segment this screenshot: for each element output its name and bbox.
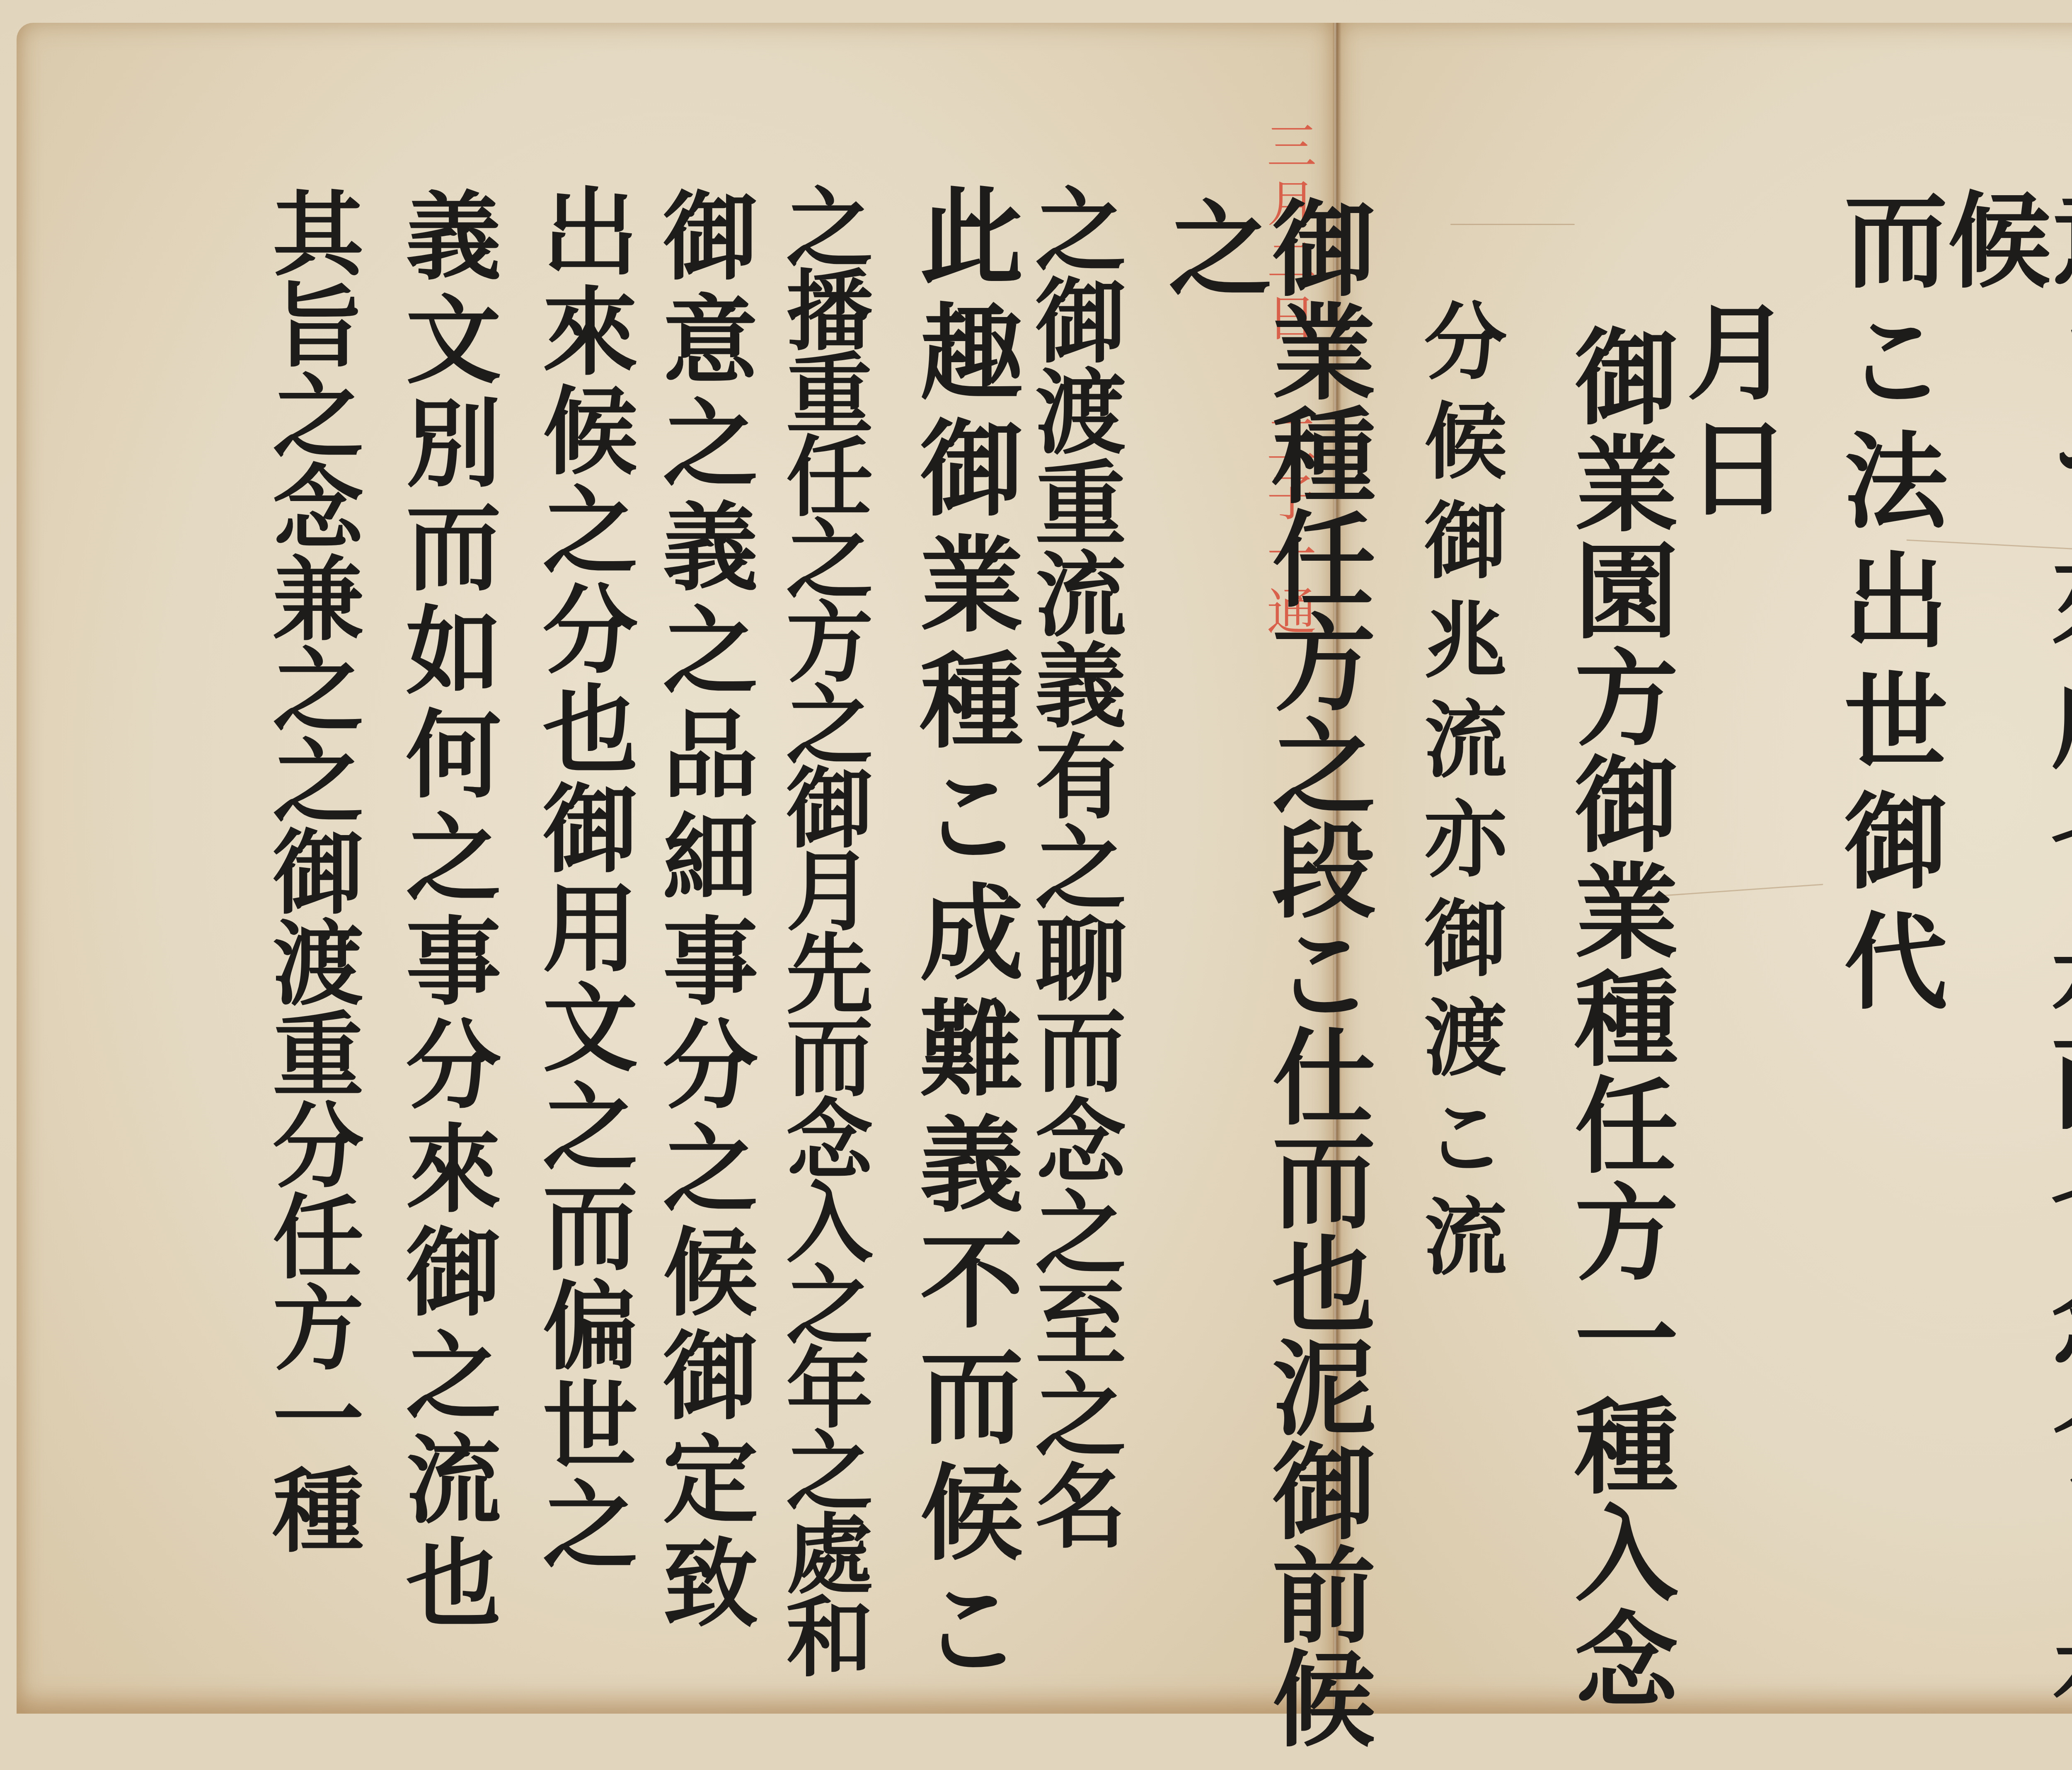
right-col-date-day: 日	[1678, 414, 1782, 530]
left-col-4: 之播重任之方之御月先而念入之年之處和	[779, 182, 866, 1674]
left-col-5: 御意之義之品細事分之候御定致	[655, 186, 750, 1637]
right-col-date-month: 月	[1678, 298, 1782, 414]
paper-fiber	[1450, 224, 1575, 225]
right-col-5: 而こ法出世御代	[1836, 186, 1939, 1028]
right-col-8: 御業園方御業種任方一種入念	[1566, 323, 1670, 1713]
right-col-9: 分候御兆流亦御渡こ流	[1417, 298, 1500, 1293]
right-col-4: 意もて來成也是而也念食こ存候	[1939, 186, 2072, 1770]
left-col-8: 其旨之念兼之之御渡重分任方一種	[265, 186, 356, 1554]
left-col-3: 此趣御業種こ成難義不而候こ	[912, 182, 1015, 1691]
left-col-7: 義文別而如何之事分來御之流也	[398, 186, 493, 1637]
left-col-1: 御業種任方之段こ仕而也泥御前候之	[1160, 195, 1368, 1770]
left-col-6: 出來候之分也御用文之而偏世之	[535, 182, 630, 1575]
left-col-2: 之御渡重流義有之聊而念之至之名	[1028, 182, 1119, 1550]
